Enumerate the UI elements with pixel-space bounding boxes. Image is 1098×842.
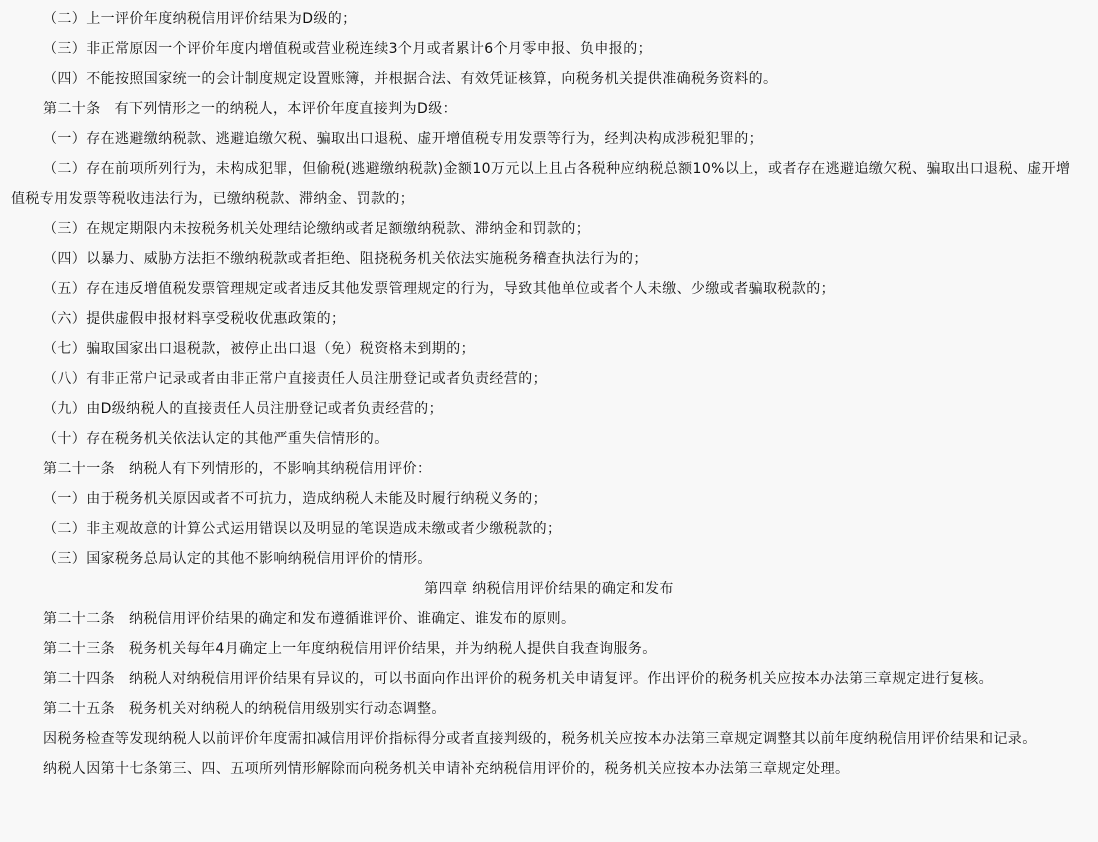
article-paragraph: 第二十一条纳税人有下列情形的，不影响其纳税信用评价： <box>0 454 1098 484</box>
paragraph-item: 纳税人因第十七条第三、四、五项所列情形解除而向税务机关申请补充纳税信用评价的，税… <box>0 754 1098 784</box>
paragraph-item: （一）由于税务机关原因或者不可抗力，造成纳税人未能及时履行纳税义务的； <box>0 484 1098 514</box>
paragraph-item: （二）上一评价年度纳税信用评价结果为D级的； <box>0 4 1098 34</box>
paragraph-item: （十）存在税务机关依法认定的其他严重失信情形的。 <box>0 424 1098 454</box>
paragraph-item: （九）由D级纳税人的直接责任人员注册登记或者负责经营的； <box>0 394 1098 424</box>
article-label: 第二十四条 <box>43 671 115 687</box>
article-text: 纳税人对纳税信用评价结果有异议的，可以书面向作出评价的税务机关申请复评。作出评价… <box>129 671 993 687</box>
paragraph-item: （四）不能按照国家统一的会计制度规定设置账簿，并根据合法、有效凭证核算，向税务机… <box>0 64 1098 94</box>
article-paragraph: 第二十二条纳税信用评价结果的确定和发布遵循谁评价、谁确定、谁发布的原则。 <box>0 604 1098 634</box>
article-paragraph: 第二十条有下列情形之一的纳税人，本评价年度直接判为D级： <box>0 94 1098 124</box>
article-label: 第二十五条 <box>43 701 115 717</box>
paragraph-item: （二）存在前项所列行为，未构成犯罪，但偷税(逃避缴纳税款)金额10万元以上且占各… <box>0 154 1098 214</box>
article-text: 纳税人有下列情形的，不影响其纳税信用评价： <box>129 461 431 477</box>
paragraph-item: （三）在规定期限内未按税务机关处理结论缴纳或者足额缴纳税款、滞纳金和罚款的； <box>0 214 1098 244</box>
paragraph-item: 因税务检查等发现纳税人以前评价年度需扣减信用评价指标得分或者直接判级的，税务机关… <box>0 724 1098 754</box>
article-text: 税务机关每年4月确定上一年度纳税信用评价结果，并为纳税人提供自我查询服务。 <box>129 641 657 657</box>
paragraph-item: （八）有非正常户记录或者由非正常户直接责任人员注册登记或者负责经营的； <box>0 364 1098 394</box>
article-paragraph: 第二十三条税务机关每年4月确定上一年度纳税信用评价结果，并为纳税人提供自我查询服… <box>0 634 1098 664</box>
paragraph-item: （五）存在违反增值税发票管理规定或者违反其他发票管理规定的行为，导致其他单位或者… <box>0 274 1098 304</box>
paragraph-item: （一）存在逃避缴纳税款、逃避追缴欠税、骗取出口退税、虚开增值税专用发票等行为，经… <box>0 124 1098 154</box>
paragraph-item: （三）国家税务总局认定的其他不影响纳税信用评价的情形。 <box>0 544 1098 574</box>
article-paragraph: 第二十四条纳税人对纳税信用评价结果有异议的，可以书面向作出评价的税务机关申请复评… <box>0 664 1098 694</box>
paragraph-item: （六）提供虚假申报材料享受税收优惠政策的； <box>0 304 1098 334</box>
document-body: （二）上一评价年度纳税信用评价结果为D级的； （三）非正常原因一个评价年度内增值… <box>0 0 1098 784</box>
paragraph-item: （二）非主观故意的计算公式运用错误以及明显的笔误造成未缴或者少缴税款的； <box>0 514 1098 544</box>
article-label: 第二十一条 <box>43 461 115 477</box>
article-label: 第二十三条 <box>43 641 115 657</box>
article-label: 第二十二条 <box>43 611 115 627</box>
article-text: 税务机关对纳税人的纳税信用级别实行动态调整。 <box>129 701 446 717</box>
article-text: 纳税信用评价结果的确定和发布遵循谁评价、谁确定、谁发布的原则。 <box>129 611 575 627</box>
article-text: 有下列情形之一的纳税人，本评价年度直接判为D级： <box>115 101 457 117</box>
article-label: 第二十条 <box>43 101 101 117</box>
chapter-heading: 第四章 纳税信用评价结果的确定和发布 <box>0 574 1098 604</box>
article-paragraph: 第二十五条税务机关对纳税人的纳税信用级别实行动态调整。 <box>0 694 1098 724</box>
paragraph-item: （七）骗取国家出口退税款，被停止出口退（免）税资格未到期的； <box>0 334 1098 364</box>
paragraph-item: （四）以暴力、威胁方法拒不缴纳税款或者拒绝、阻挠税务机关依法实施税务稽查执法行为… <box>0 244 1098 274</box>
paragraph-item: （三）非正常原因一个评价年度内增值税或营业税连续3个月或者累计6个月零申报、负申… <box>0 34 1098 64</box>
